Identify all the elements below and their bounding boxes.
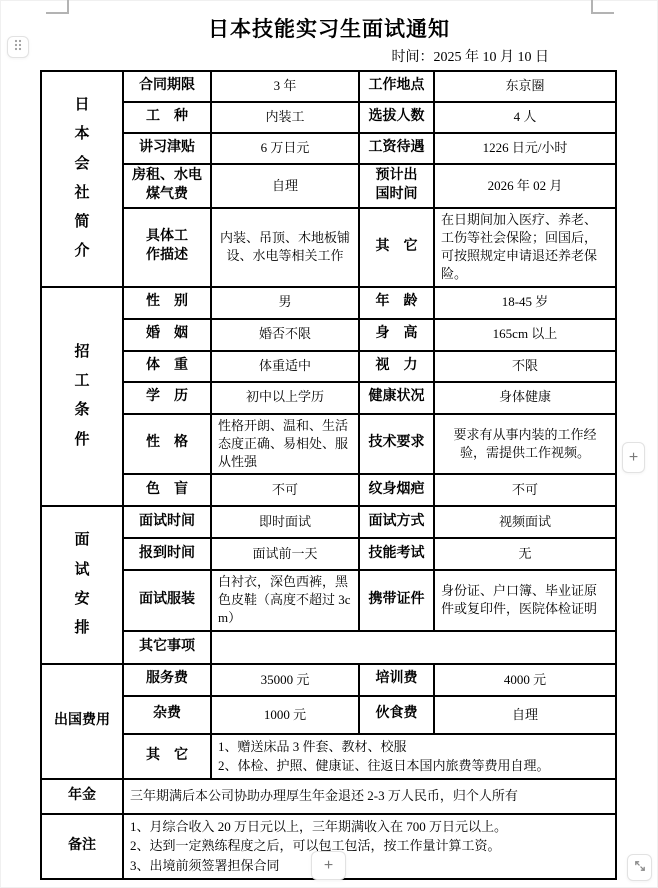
section-label-cell-interview[interactable]: 面试安排 bbox=[41, 506, 123, 664]
notes-line-1: 1、月综合收入 20 万日元以上，三年期满收入在 700 万日元以上。 bbox=[130, 817, 609, 837]
drag-handle-icon bbox=[13, 38, 23, 56]
section-label-cell-recruit[interactable]: 招工条件 bbox=[41, 287, 123, 507]
field-value-cell[interactable]: 无 bbox=[434, 538, 616, 570]
table-drag-handle-button[interactable] bbox=[7, 36, 29, 58]
field-value-cell[interactable]: 身份证、户口簿、毕业证原件或复印件，医院体检证明 bbox=[434, 570, 616, 631]
field-label-cell[interactable]: 携带证件 bbox=[359, 570, 434, 631]
field-value-cell[interactable]: 自理 bbox=[211, 164, 359, 208]
notice-table: 日本会社简介 合同期限 3 年 工作地点 东京圈 工 种 内装工 选拔人数 4 … bbox=[40, 70, 617, 880]
field-label-cell[interactable]: 学 历 bbox=[123, 382, 211, 414]
field-label-cell[interactable]: 色 盲 bbox=[123, 474, 211, 506]
field-value-cell[interactable]: 1226 日元/小时 bbox=[434, 133, 616, 164]
field-value-cell[interactable]: 要求有从事内装的工作经验，需提供工作视频。 bbox=[434, 414, 616, 475]
field-label-cell[interactable]: 伙食费 bbox=[359, 696, 434, 734]
field-value-cell[interactable]: 内装、吊顶、木地板铺设、水电等相关工作 bbox=[211, 208, 359, 287]
cost-other-line-1: 1、赠送床品 3 件套、教材、校服 bbox=[218, 737, 609, 757]
field-label-cell[interactable]: 其 它 bbox=[359, 208, 434, 287]
field-label-cell[interactable]: 工 种 bbox=[123, 102, 211, 133]
field-label-cell[interactable]: 其它事项 bbox=[123, 631, 211, 664]
field-value-cell[interactable]: 自理 bbox=[434, 696, 616, 734]
field-label-cell[interactable]: 健康状况 bbox=[359, 382, 434, 414]
field-label-cell[interactable]: 预计出 国时间 bbox=[359, 164, 434, 208]
field-label-cell[interactable]: 面试方式 bbox=[359, 506, 434, 538]
notes-value-cell[interactable]: 1、月综合收入 20 万日元以上，三年期满收入在 700 万日元以上。 2、达到… bbox=[123, 814, 616, 879]
field-label-cell[interactable]: 年 龄 bbox=[359, 287, 434, 319]
plus-icon: + bbox=[324, 858, 333, 874]
field-value-cell[interactable]: 婚否不限 bbox=[211, 319, 359, 351]
field-value-cell[interactable]: 3 年 bbox=[211, 71, 359, 102]
table-fullscreen-button[interactable] bbox=[627, 854, 652, 881]
section-label-cell-pension[interactable]: 年金 bbox=[41, 779, 123, 814]
field-label-cell[interactable]: 服务费 bbox=[123, 664, 211, 696]
field-label-cell[interactable]: 具体工 作描述 bbox=[123, 208, 211, 287]
field-value-cell[interactable]: 165cm 以上 bbox=[434, 319, 616, 351]
field-value-cell[interactable]: 男 bbox=[211, 287, 359, 319]
field-label-cell[interactable]: 工作地点 bbox=[359, 71, 434, 102]
field-label-cell[interactable]: 身 高 bbox=[359, 319, 434, 351]
expand-icon bbox=[634, 859, 646, 877]
section-label-company: 日本会社简介 bbox=[73, 91, 90, 267]
field-label-cell[interactable]: 选拔人数 bbox=[359, 102, 434, 133]
notes-line-3: 3、出境前须签署担保合同 bbox=[130, 856, 609, 876]
field-value-cell[interactable]: 4 人 bbox=[434, 102, 616, 133]
field-value-cell[interactable]: 白衬衣，深色西裤，黑色皮鞋（高度不超过 3cm） bbox=[211, 570, 359, 631]
field-value-cell[interactable]: 东京圈 bbox=[434, 71, 616, 102]
field-value-cell[interactable]: 不限 bbox=[434, 351, 616, 382]
field-value-cell[interactable]: 1000 元 bbox=[211, 696, 359, 734]
add-column-button[interactable]: + bbox=[622, 442, 645, 473]
pension-value-cell[interactable]: 三年期满后本公司协助办理厚生年金退还 2-3 万人民币，归个人所有 bbox=[123, 779, 616, 814]
field-value-cell[interactable]: 面试前一天 bbox=[211, 538, 359, 570]
field-label-cell[interactable]: 技术要求 bbox=[359, 414, 434, 475]
field-value-cell[interactable]: 不可 bbox=[211, 474, 359, 506]
section-label-cell-cost[interactable]: 出国费用 bbox=[41, 664, 123, 779]
doc-date[interactable]: 时间：2025 年 10 月 10 日 bbox=[40, 46, 615, 66]
field-label-cell[interactable]: 报到时间 bbox=[123, 538, 211, 570]
section-label-interview: 面试安排 bbox=[73, 526, 90, 643]
field-label-cell[interactable]: 视 力 bbox=[359, 351, 434, 382]
cost-other-line-2: 2、体检、护照、健康证、往返日本国内旅费等费用自理。 bbox=[218, 756, 609, 776]
section-label-cell-company[interactable]: 日本会社简介 bbox=[41, 71, 123, 287]
section-label-cell-notes[interactable]: 备注 bbox=[41, 814, 123, 879]
field-label-cell[interactable]: 性 格 bbox=[123, 414, 211, 475]
field-label-cell[interactable]: 体 重 bbox=[123, 351, 211, 382]
field-label-cell[interactable]: 婚 姻 bbox=[123, 319, 211, 351]
field-label-cell[interactable]: 纹身烟疤 bbox=[359, 474, 434, 506]
field-value-cell[interactable]: 不可 bbox=[434, 474, 616, 506]
add-row-button[interactable]: + bbox=[311, 851, 346, 880]
field-value-cell[interactable]: 4000 元 bbox=[434, 664, 616, 696]
plus-icon: + bbox=[629, 450, 638, 466]
field-value-cell[interactable]: 内装工 bbox=[211, 102, 359, 133]
notes-line-2: 2、达到一定熟练程度之后，可以包工包活，按工作量计算工资。 bbox=[130, 836, 609, 856]
field-label-cell[interactable]: 合同期限 bbox=[123, 71, 211, 102]
field-label-cell[interactable]: 培训费 bbox=[359, 664, 434, 696]
field-value-cell[interactable]: 性格开朗、温和、生活态度正确、易相处、服从性强 bbox=[211, 414, 359, 475]
field-value-cell[interactable]: 身体健康 bbox=[434, 382, 616, 414]
text-boundary-corner-mark-top-left bbox=[46, 0, 69, 14]
field-value-cell[interactable]: 18-45 岁 bbox=[434, 287, 616, 319]
field-label-cell[interactable]: 工资待遇 bbox=[359, 133, 434, 164]
field-label-cell[interactable]: 杂费 bbox=[123, 696, 211, 734]
field-value-cell[interactable]: 2026 年 02 月 bbox=[434, 164, 616, 208]
field-label-cell[interactable]: 面试服装 bbox=[123, 570, 211, 631]
field-value-cell[interactable]: 35000 元 bbox=[211, 664, 359, 696]
field-value-cell[interactable]: 体重适中 bbox=[211, 351, 359, 382]
field-label-cell[interactable]: 其 它 bbox=[123, 734, 211, 779]
field-value-cell[interactable]: 初中以上学历 bbox=[211, 382, 359, 414]
field-label-cell[interactable]: 技能考试 bbox=[359, 538, 434, 570]
field-value-cell[interactable]: 1、赠送床品 3 件套、教材、校服 2、体检、护照、健康证、往返日本国内旅费等费… bbox=[211, 734, 616, 779]
text-boundary-corner-mark-top-right bbox=[591, 0, 614, 14]
section-label-recruit: 招工条件 bbox=[73, 338, 90, 455]
field-label-cell[interactable]: 面试时间 bbox=[123, 506, 211, 538]
field-value-cell[interactable]: 在日期间加入医疗、养老、工伤等社会保险；回国后，可按照规定申请退还养老保险。 bbox=[434, 208, 616, 287]
field-value-cell[interactable]: 视频面试 bbox=[434, 506, 616, 538]
page-title[interactable]: 日本技能实习生面试通知 bbox=[0, 13, 658, 43]
field-value-cell[interactable]: 6 万日元 bbox=[211, 133, 359, 164]
field-value-cell-empty[interactable] bbox=[211, 631, 616, 664]
field-label-cell[interactable]: 房租、水电 煤气费 bbox=[123, 164, 211, 208]
field-label-cell[interactable]: 讲习津贴 bbox=[123, 133, 211, 164]
field-value-cell[interactable]: 即时面试 bbox=[211, 506, 359, 538]
field-label-cell[interactable]: 性 别 bbox=[123, 287, 211, 319]
